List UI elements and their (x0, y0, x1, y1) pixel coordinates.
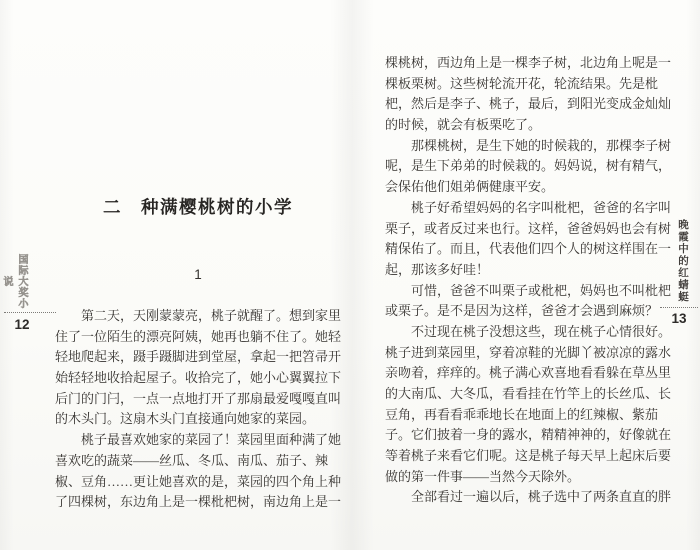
text-line: 椒、豆角……更让她喜欢的是，菜园的四个角上种 (55, 472, 345, 493)
text-line: 豆角，再看看乖乖地长在地面上的红辣椒、紫茄 (385, 405, 675, 426)
left-page-body-text: 第二天，天刚蒙蒙亮，桃子就醒了。想到家里住了一位陌生的漂亮阿姨，她再也躺不住了。… (55, 306, 345, 513)
text-line: 做的第一件事——当然今天除外。 (385, 467, 675, 488)
text-line: 栗子，或者反过来也行。这样，爸爸妈妈也会有树 (385, 219, 675, 240)
text-line: 桃子好希望妈妈的名字叫枇杷，爸爸的名字叫 (385, 198, 675, 219)
text-line: 那棵桃树，是生下她的时候栽的，那棵李子树 (385, 136, 675, 157)
text-line: 的时候，就会有板栗吃了。 (385, 115, 675, 136)
chapter-title: 二 种满樱桃树的小学 (55, 194, 341, 219)
text-line: 后门的门闩，一点一点地打开了那扇最爱嘎嘎直叫 (55, 389, 345, 410)
text-line: 等着桃子来看它们呢。这是桃子每天早上起床后要 (385, 446, 675, 467)
text-line: 轻地爬起来，蹑手蹑脚进到堂屋，拿起一把笤帚开 (55, 347, 345, 368)
text-line: 棵板栗树。这些树轮流开花，轮流结果。先是枇 (385, 74, 675, 95)
text-line: 的大南瓜、大冬瓜，看看挂在竹竿上的长丝瓜、长 (385, 384, 675, 405)
text-line: 了四棵树，东边角上是一棵枇杷树，南边角上是一 (55, 492, 345, 513)
page-number-left: 12 (0, 317, 44, 332)
text-line: 会保佑他们姐弟俩健康平安。 (385, 177, 675, 198)
series-logo-vertical: 国际大奖小说 (12, 249, 29, 313)
book-title-vertical: 晚霞中的红蜻蜓 (676, 215, 691, 307)
text-line: 桃子最喜欢她家的菜园了！菜园里面种满了她 (55, 430, 345, 451)
text-line: 不过现在桃子没想这些，现在桃子心情很好。 (385, 322, 675, 343)
text-line: 起，那该多好哇！ (385, 260, 675, 281)
right-margin-dotted-rule (660, 307, 698, 308)
text-line: 棵桃树，西边角上是一棵李子树，北边角上呢是一 (385, 53, 675, 74)
text-line: 的木头门。这扇木头门直接通向她家的菜园。 (55, 409, 345, 430)
text-line: 亲吻着，痒痒的。桃子满心欢喜地看看躲在草丛里 (385, 363, 675, 384)
book-spread: 国际大奖小说 12 二 种满樱桃树的小学 1 第二天，天刚蒙蒙亮，桃子就醒了。想… (0, 0, 700, 550)
text-line: 喜欢吃的蔬菜——丝瓜、冬瓜、南瓜、茄子、辣 (55, 451, 345, 472)
text-line: 桃子进到菜园里，穿着凉鞋的光脚丫被凉凉的露水 (385, 343, 675, 364)
page-number-right: 13 (658, 311, 700, 326)
section-number: 1 (55, 267, 341, 282)
text-line: 住了一位陌生的漂亮阿姨，她再也躺不住了。她轻 (55, 327, 345, 348)
text-line: 精保佑了。而且，代表他们四个人的树这样围在一 (385, 239, 675, 260)
text-line: 杷，然后是李子、桃子，最后，到阳光变成金灿灿 (385, 94, 675, 115)
text-line: 或栗子。是不是因为这样，爸爸才会遇到麻烦？ (385, 301, 675, 322)
left-margin-dotted-rule (4, 312, 56, 313)
text-line: 子。它们披着一身的露水，精精神神的，好像就在 (385, 425, 675, 446)
text-line: 第二天，天刚蒙蒙亮，桃子就醒了。想到家里 (55, 306, 345, 327)
text-line: 呢，是生下弟弟的时候栽的。妈妈说，树有精气， (385, 156, 675, 177)
text-line: 始轻轻地收拾起屋子。收拾完了，她小心翼翼拉下 (55, 368, 345, 389)
text-line: 可惜，爸爸不叫栗子或枇杷，妈妈也不叫枇杷 (385, 281, 675, 302)
text-line: 全部看过一遍以后，桃子选中了两条直直的胖 (385, 487, 675, 508)
right-page-body-text: 棵桃树，西边角上是一棵李子树，北边角上呢是一棵板栗树。这些树轮流开花，轮流结果。… (385, 53, 675, 508)
